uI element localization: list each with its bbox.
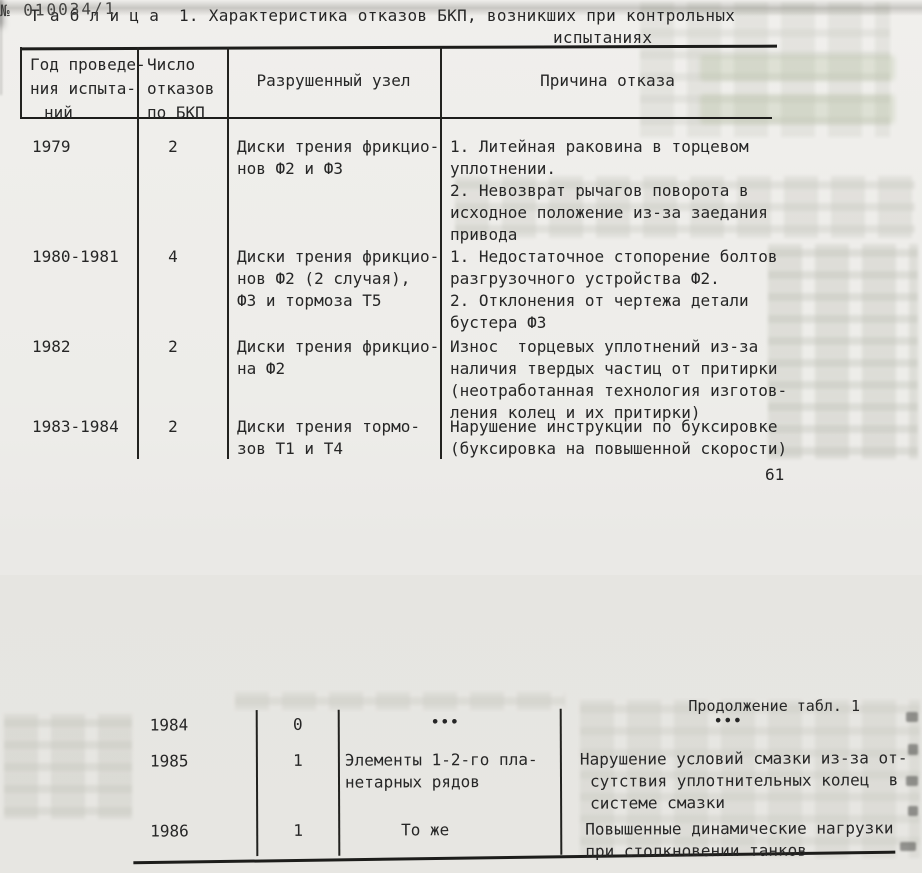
table-title-line2: испытаниях <box>553 28 652 47</box>
unit-line: на Ф2 <box>237 358 437 380</box>
row-failure-cause: Износ торцевых уплотнений из-за наличия … <box>450 336 785 424</box>
row-failure-cause: Повышенные динамические нагрузки при сто… <box>585 817 920 862</box>
unit-line: Элементы 1-2-го пла- <box>345 749 555 772</box>
header-failure-count: Число отказов по БКП <box>147 53 225 125</box>
header-failure-count-line: по БКП <box>147 101 225 125</box>
header-year-line: Год проведе- <box>30 53 135 77</box>
cause-line: разгрузочного устройства Ф2. <box>450 268 785 290</box>
row-failure-count: 2 <box>137 416 209 438</box>
header-year-line: ний <box>30 101 135 125</box>
row-year: 1980-1981 <box>32 246 119 268</box>
cause-line: Износ торцевых уплотнений из-за <box>450 336 785 358</box>
cause-line: Повышенные динамические нагрузки <box>585 817 920 840</box>
unit-line: зов Т1 и Т4 <box>237 438 437 460</box>
row-destroyed-unit: Диски трения фрикцио- нов Ф2 (2 случая),… <box>237 246 437 312</box>
header-year: Год проведе- ния испыта- ний <box>30 53 135 125</box>
row-destroyed-unit: То же <box>345 819 505 842</box>
cause-line: наличия твердых частиц от притирки <box>450 358 785 380</box>
cause-line: привода <box>450 224 785 246</box>
row-failure-count: 1 <box>258 820 338 842</box>
header-year-line: ния испыта- <box>30 77 135 101</box>
row-failure-cause: 1. Недостаточное стопорение болтов разгр… <box>450 246 785 334</box>
table-title-line1: Т а б л и ц а 1. Характеристика отказов … <box>30 6 735 25</box>
cause-line: сутствия уплотнительных колец в <box>580 769 915 792</box>
cause-line: 2. Невозврат рычагов поворота в <box>450 180 785 202</box>
bleedthrough-artifact <box>4 714 132 819</box>
cause-line: 1. Литейная раковина в торцевом <box>450 136 785 158</box>
row-failure-cause: Нарушение условий смазки из-за от- сутст… <box>580 747 915 814</box>
unit-line: Диски трения фрикцио- <box>237 136 437 158</box>
cause-line: 2. Отклонения от чертежа детали <box>450 290 785 312</box>
cause-line: (неотработанная технология изготов- <box>450 380 785 402</box>
header-failure-count-line: Число <box>147 53 225 77</box>
row-year: 1986 <box>150 820 189 842</box>
row-failure-cause: 1. Литейная раковина в торцевом уплотнен… <box>450 136 785 246</box>
edge-mark <box>906 712 918 722</box>
scanned-document: Т а б л и ц а 1. Характеристика отказов … <box>0 0 922 873</box>
cause-line: (буксировка на повышенной скорости) <box>450 438 785 460</box>
unit-line: Диски трения фрикцио- <box>237 246 437 268</box>
unit-line: Ф3 и тормоза Т5 <box>237 290 437 312</box>
row-destroyed-unit: Диски трения фрикцио- нов Ф2 и Ф3 <box>237 136 437 180</box>
header-failure-cause: Причина отказа <box>440 70 775 92</box>
row-destroyed-unit: Диски трения фрикцио- на Ф2 <box>237 336 437 380</box>
unit-line: Диски трения фрикцио- <box>237 336 437 358</box>
row-failure-count: 0 <box>258 714 338 736</box>
row-destroyed-unit: Диски трения тормо- зов Т1 и Т4 <box>237 416 437 460</box>
table1-column-divider-3 <box>440 47 442 459</box>
row-destroyed-unit: ••• <box>345 711 545 734</box>
row-failure-count: 1 <box>258 750 338 772</box>
cause-line: исходное положение из-за заедания <box>450 202 785 224</box>
cause-line: бустера Ф3 <box>450 312 785 334</box>
row-year: 1982 <box>32 336 71 358</box>
stamp-number: № 010034/1 <box>0 0 117 20</box>
table1-top-rule <box>20 45 777 51</box>
unit-line: нов Ф2 и Ф3 <box>237 158 437 180</box>
bleedthrough-artifact <box>768 244 918 459</box>
row-failure-count: 2 <box>137 336 209 358</box>
highlight-tint-artifact <box>700 94 895 124</box>
row-failure-cause: Нарушение инструкции по буксировке (букс… <box>450 416 785 460</box>
row-year: 1979 <box>32 136 71 158</box>
row-failure-count: 4 <box>137 246 209 268</box>
row-failure-count: 2 <box>137 136 209 158</box>
table1-left-border <box>20 47 22 118</box>
cause-line: 1. Недостаточное стопорение болтов <box>450 246 785 268</box>
header-failure-count-line: отказов <box>147 77 225 101</box>
header-destroyed-unit: Разрушенный узел <box>227 70 440 92</box>
cause-line: Нарушение инструкции по буксировке <box>450 416 785 438</box>
table2-column-divider-3 <box>560 709 563 855</box>
cause-line: при столкновении танков <box>585 839 920 862</box>
unit-line: нов Ф2 (2 случая), <box>237 268 437 290</box>
row-year: 1984 <box>150 714 189 736</box>
unit-line: Диски трения тормо- <box>237 416 437 438</box>
bleedthrough-artifact <box>235 692 565 710</box>
cause-line: Нарушение условий смазки из-за от- <box>580 747 915 770</box>
unit-line: нетарных рядов <box>345 771 555 794</box>
table1-column-divider-2 <box>227 47 229 459</box>
row-failure-cause: ••• <box>578 709 878 732</box>
cause-line: системе смазки <box>580 791 915 814</box>
page-number: 61 <box>765 464 784 486</box>
row-year: 1983-1984 <box>32 416 119 438</box>
row-destroyed-unit: Элементы 1-2-го пла- нетарных рядов <box>345 749 555 794</box>
row-year: 1985 <box>150 750 189 772</box>
cause-line: уплотнении. <box>450 158 785 180</box>
